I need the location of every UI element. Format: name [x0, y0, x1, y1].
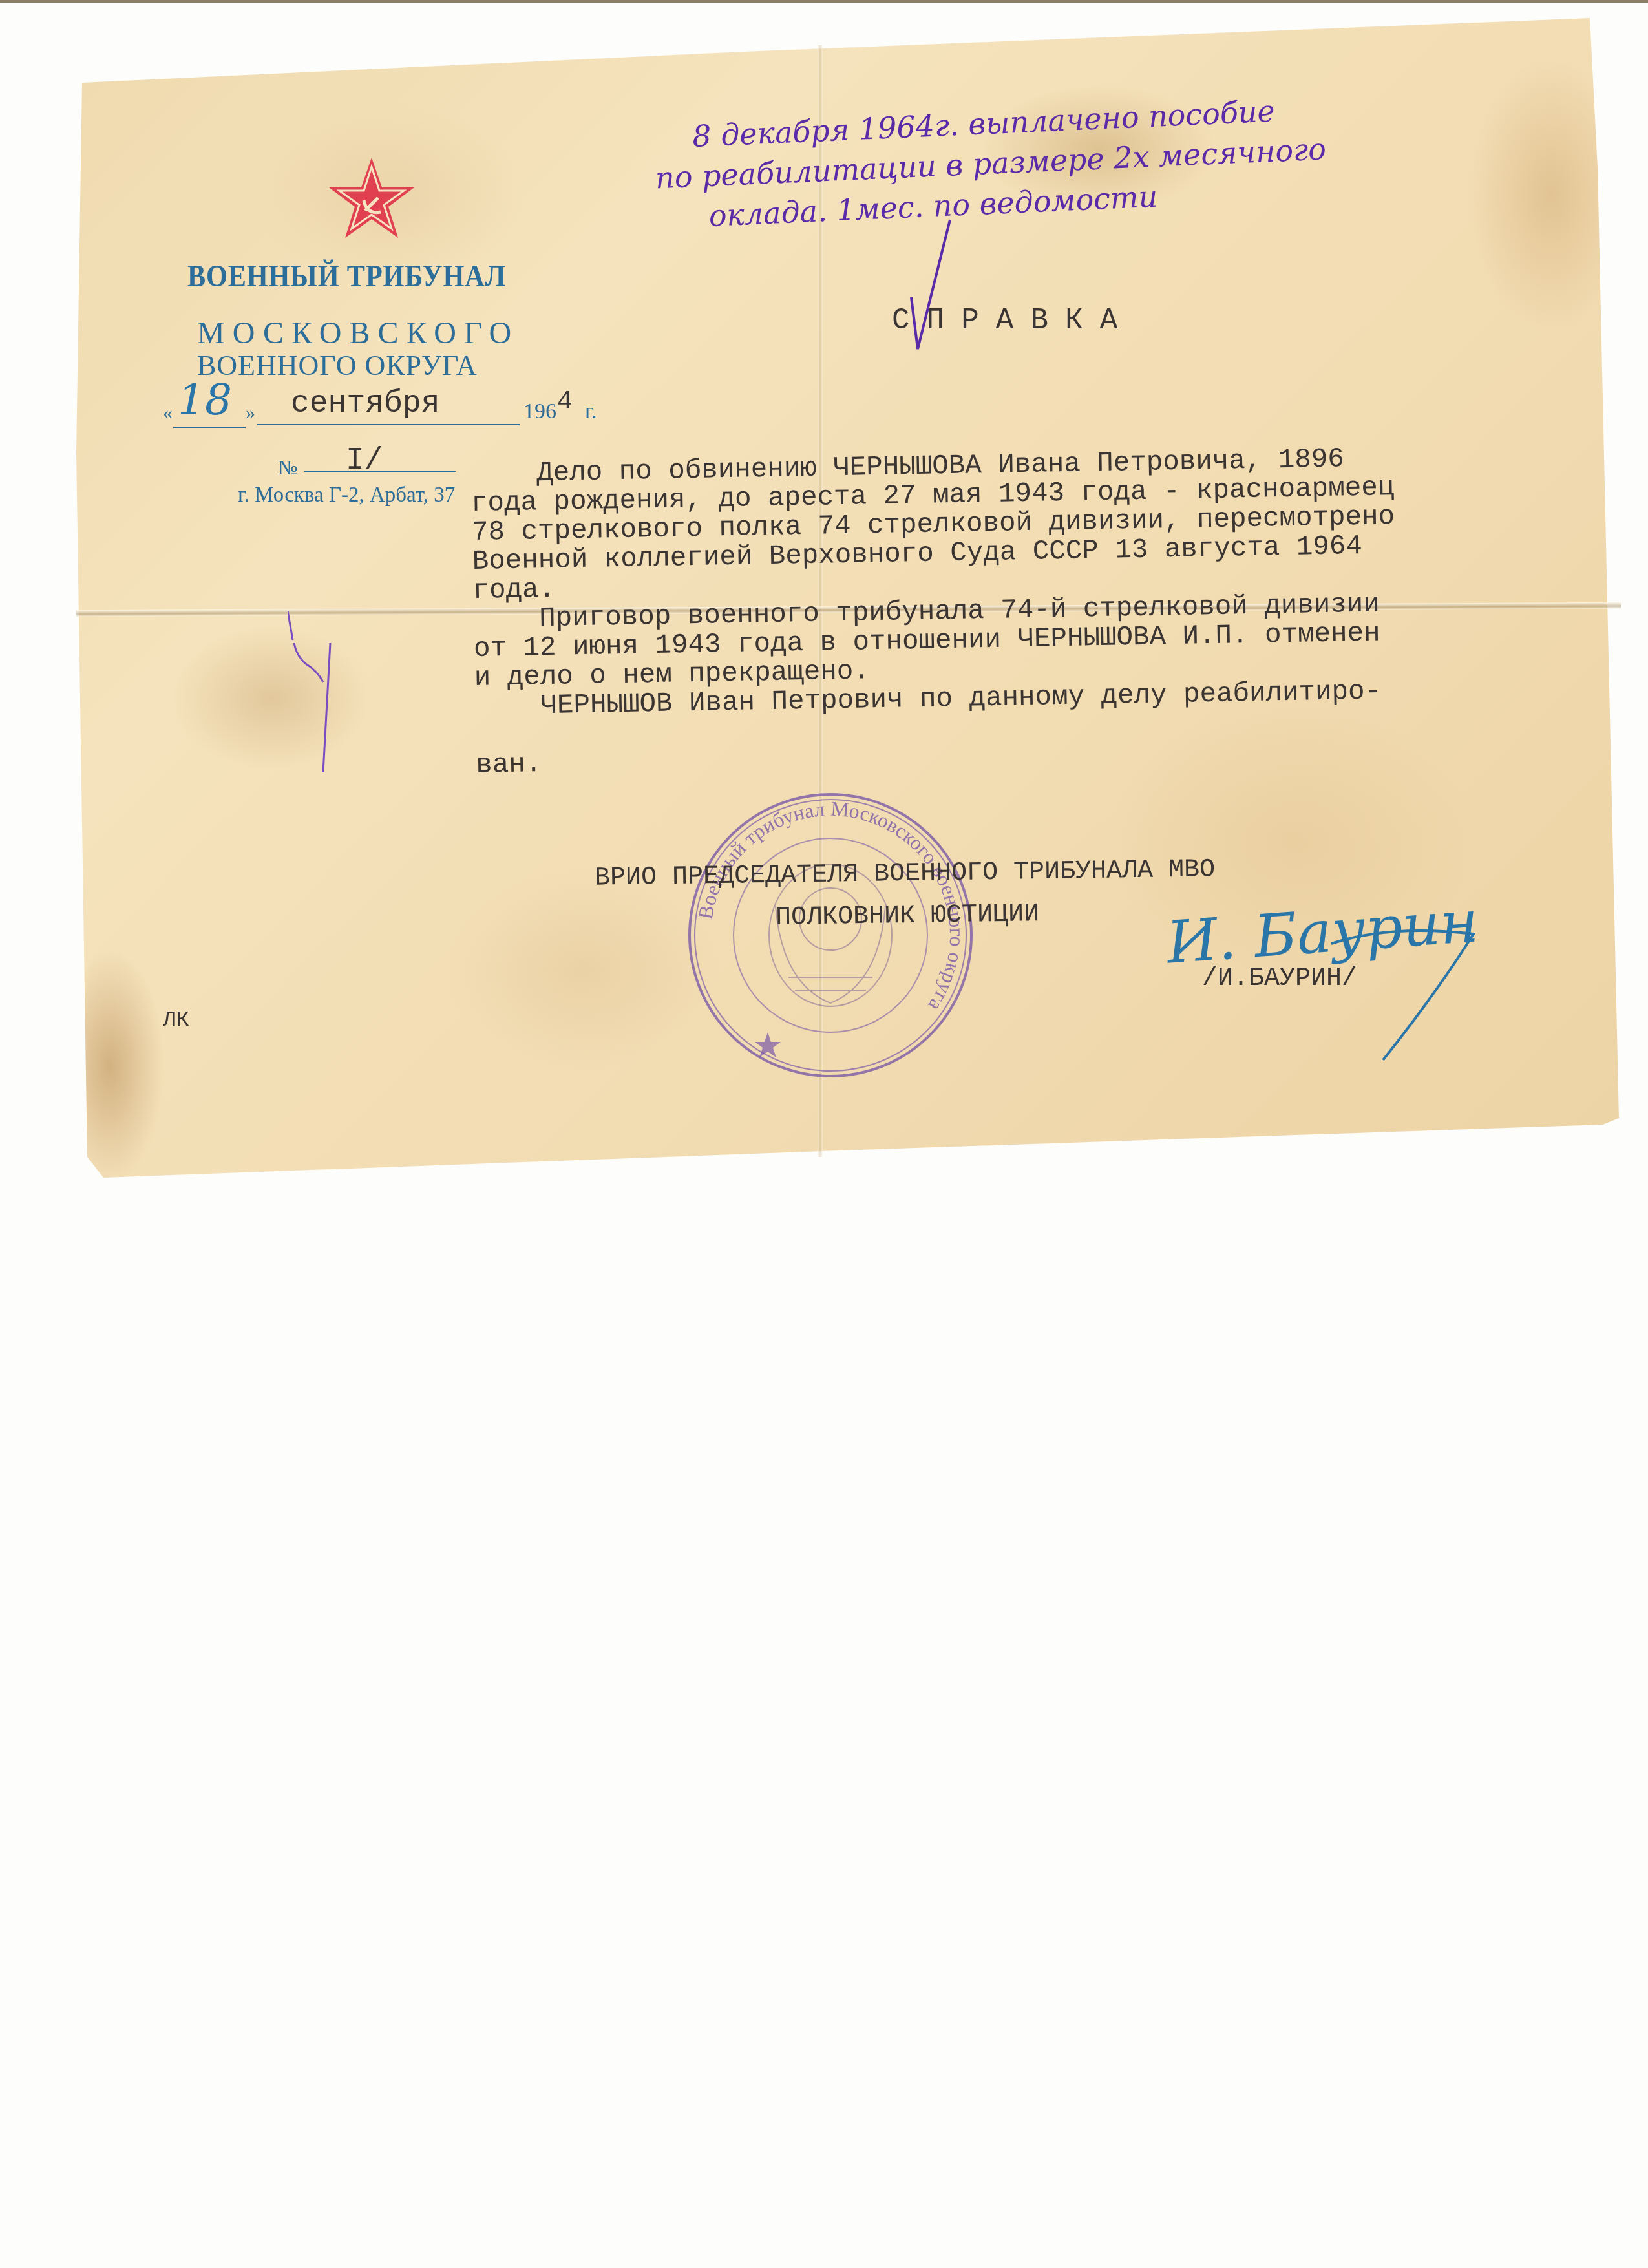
date-close-quote: » — [246, 402, 255, 424]
number-underline — [304, 471, 456, 472]
red-star-hammer-sickle-icon — [326, 155, 417, 242]
number-label: № — [278, 456, 298, 480]
typist-initials: ЛК — [163, 1008, 189, 1033]
letterhead-subtitle-2: ВОЕННОГО ОКРУГА — [197, 349, 478, 382]
letterhead-subtitle-1: МОСКОВСКОГО — [197, 315, 519, 351]
date-month: сентября — [291, 387, 439, 421]
official-round-stamp: Военный трибунал Московского военного ок… — [685, 790, 976, 1081]
stamp-star-icon — [755, 1032, 781, 1057]
signer-rank: ПОЛКОВНИК ЮСТИЦИИ — [776, 900, 1040, 933]
date-day-underline — [173, 427, 246, 428]
handwritten-checkmark-icon — [905, 213, 963, 368]
margin-pencil-mark-icon — [288, 611, 339, 772]
document-title: СПРАВКА — [892, 304, 1134, 337]
signer-typed-name: /И.БАУРИН/ — [1202, 964, 1357, 993]
date-year-prefix: 196 — [523, 399, 556, 424]
date-day-handwritten: 18 — [178, 375, 232, 425]
letterhead-title: ВОЕННЫЙ ТРИБУНАЛ — [187, 259, 506, 294]
date-month-underline — [257, 424, 520, 425]
number-value: I/ — [346, 443, 383, 478]
scanner-edge — [0, 0, 1648, 3]
document-body: Дело по обвинению ЧЕРНЫШОВА Ивана Петров… — [470, 440, 1613, 780]
date-open-quote: « — [163, 402, 173, 424]
date-year-mark: г. — [585, 399, 597, 424]
letterhead-address: г. Москва Г-2, Арбат, 37 — [238, 483, 455, 507]
date-year-suffix: 4 — [557, 388, 573, 417]
